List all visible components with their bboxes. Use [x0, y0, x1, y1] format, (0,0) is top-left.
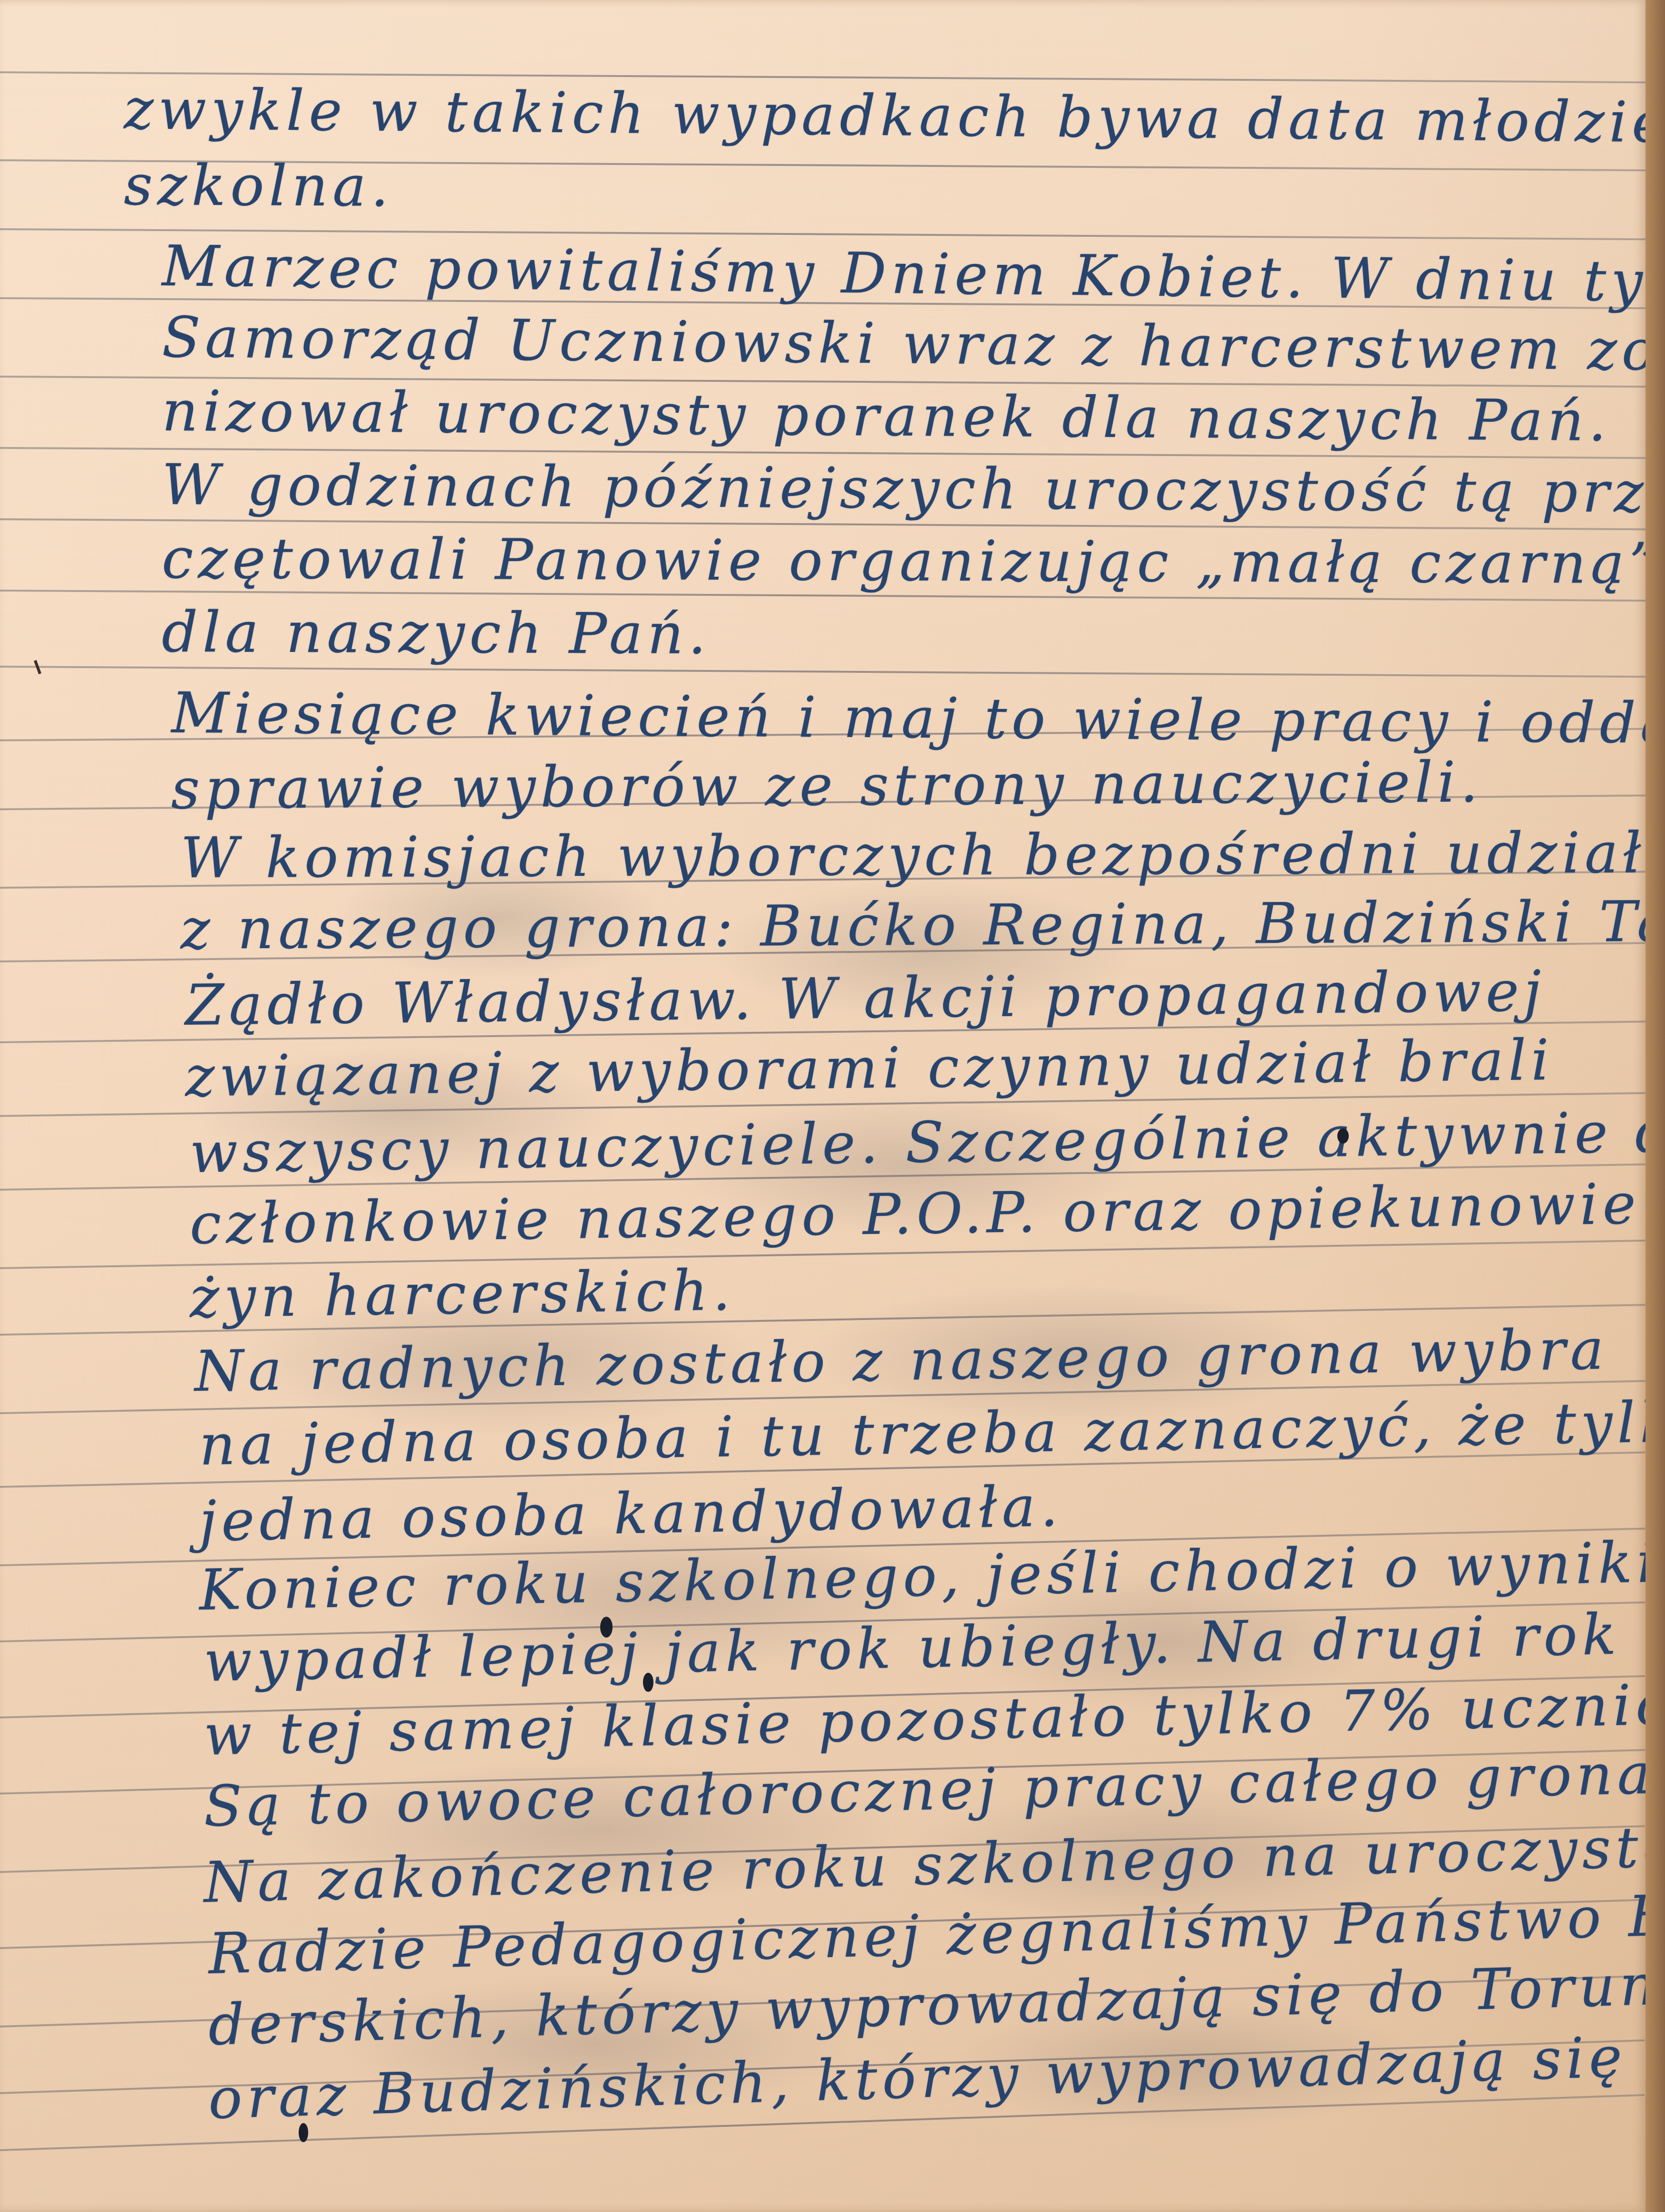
text-line: W godzinach późniejszych uroczystość tą … [162, 452, 1665, 526]
text-line: nizował uroczysty poranek dla naszych Pa… [162, 378, 1665, 455]
text-line: szkolna. [124, 152, 1665, 226]
ink-blot [299, 2123, 308, 2142]
text-line: zwykle w takich wypadkach bywa data młod… [124, 76, 1665, 156]
text-line: czętowali Panowie organizując „małą czar… [162, 525, 1665, 597]
text-line: Samorząd Uczniowski wraz z harcerstwem z… [162, 304, 1665, 384]
text-line: Marzec powitaliśmy Dniem Kobiet. W dniu … [162, 233, 1665, 316]
text-line: z naszego grona: Bućko Regina, Budziński… [180, 888, 1665, 962]
notebook-page: zwykle w takich wypadkach bywa data młod… [0, 0, 1646, 2212]
text-line: sprawie wyborów ze strony nauczycieli. [171, 747, 1665, 822]
ink-blot [643, 1673, 653, 1692]
text-line: dla naszych Pań. [162, 599, 1665, 670]
page-edge [1646, 0, 1665, 2212]
ink-blot [1337, 1128, 1349, 1144]
text-line: W komisjach wyborczych bezpośredni udzia… [181, 819, 1665, 891]
text-line: żyn harcerskich. [189, 1242, 1665, 1330]
ink-blot [600, 1617, 613, 1638]
text-line: Miesiące kwiecień i maj to wiele pracy i… [171, 680, 1665, 757]
